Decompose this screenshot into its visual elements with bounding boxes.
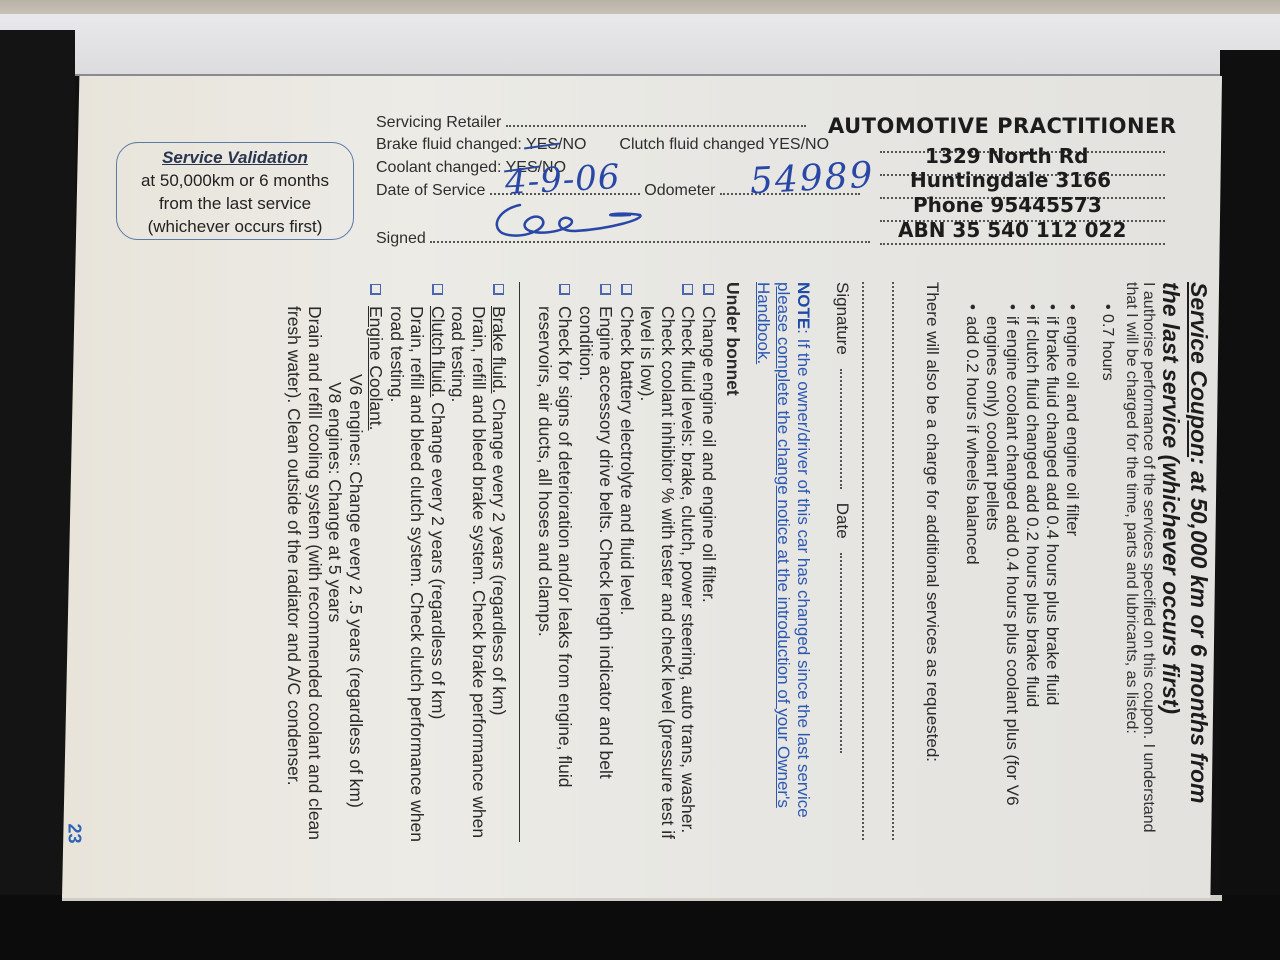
charges-list: engine oil and engine oil filter if brak… — [963, 304, 1083, 842]
under-bonnet-heading: Under bonnet — [723, 282, 744, 842]
brake-fluid-detail: Drain, refill and bleed brake system. Ch… — [448, 306, 489, 842]
additional-services-field[interactable] — [892, 282, 914, 840]
date-field[interactable] — [840, 553, 852, 753]
booklet-cover-bottom — [0, 895, 1280, 960]
brake-fluid-no-option[interactable]: /NO — [558, 136, 586, 153]
checklist-item-text: Check fluid levels: brake, clutch, power… — [638, 306, 699, 839]
clutch-fluid-label[interactable]: Clutch fluid changed YES/NO — [619, 136, 829, 153]
checklist-item-clutch-fluid: Clutch fluid. Change every 2 years (rega… — [387, 282, 449, 842]
additional-services-field[interactable] — [862, 282, 884, 840]
brake-fluid-row: Brake fluid changed: YES/NO Clutch fluid… — [376, 136, 829, 154]
under-bonnet-checklist: Change engine oil and engine oil filter.… — [535, 282, 720, 842]
checkbox[interactable] — [371, 284, 382, 295]
brake-fluid-interval: Change every 2 years (regardless of km) — [490, 394, 510, 716]
coolant-detail: Drain and refill cooling system (with re… — [284, 306, 325, 842]
signed-label: Signed — [376, 230, 426, 247]
checklist-item: Check for signs of deterioration and/or … — [535, 282, 576, 842]
checkbox[interactable] — [432, 284, 443, 295]
checklist-item-text: Check for signs of deterioration and/or … — [535, 306, 576, 788]
retailer-stamp-phone: Phone 95445573 — [913, 193, 1102, 217]
note-underlined-text: please complete the change notice at the… — [755, 282, 794, 808]
charge-item: if brake fluid changed add 0.4 hours plu… — [1043, 304, 1063, 842]
checklist-item: Engine accessory drive belts. Check leng… — [576, 282, 617, 842]
checkbox[interactable] — [683, 284, 694, 295]
date-of-service-label: Date of Service — [376, 182, 485, 199]
owner-change-note: NOTE: If the owner/driver of this car ha… — [754, 282, 814, 842]
signature-label: Signature — [832, 282, 853, 355]
note-label: NOTE — [795, 282, 814, 329]
checklist-item-text: Check battery electrolyte and fluid leve… — [617, 306, 637, 615]
periodic-checklist: Brake fluid. Change every 2 years (regar… — [284, 282, 510, 842]
servicing-retailer-field[interactable] — [506, 115, 806, 127]
validation-title: Service Validation — [117, 146, 353, 169]
checklist-item: Change engine oil and engine oil filter. — [699, 282, 720, 842]
additional-services-text: There will also be a charge for addition… — [922, 282, 943, 842]
servicing-retailer-label: Servicing Retailer — [376, 114, 501, 131]
labour-hours: • 0.7 hours — [1097, 304, 1118, 842]
engine-coolant-heading: Engine Coolant. — [367, 306, 387, 431]
note-text: : If the owner/driver of this car has ch… — [795, 329, 814, 818]
page-number: 23 — [64, 823, 85, 843]
signature-field[interactable] — [840, 369, 852, 489]
checkbox[interactable] — [601, 284, 612, 295]
checklist-item-text: Change engine oil and engine oil filter. — [699, 306, 719, 603]
page-edge-line — [70, 74, 1270, 76]
checkbox[interactable] — [560, 284, 571, 295]
clutch-fluid-interval: Change every 2 years (regardless of km) — [428, 397, 448, 719]
signature-row: Signature Date — [832, 282, 853, 842]
checkbox[interactable] — [703, 284, 714, 295]
checkbox[interactable] — [494, 284, 505, 295]
service-coupon-body: Service Coupon: at 50,000 km or 6 months… — [113, 282, 1213, 842]
brake-fluid-heading: Brake fluid. — [490, 306, 510, 394]
charge-item: add 0.2 hours if wheels balanced — [963, 304, 983, 842]
dotted-line — [880, 243, 1165, 245]
clutch-fluid-detail: Drain, refill and bleed clutch system. C… — [387, 306, 428, 842]
booklet-cover-right — [1220, 50, 1280, 960]
servicing-retailer-row: Servicing Retailer — [376, 114, 806, 132]
service-validation-box: Service Validation at 50,000km or 6 mont… — [116, 142, 354, 240]
checkbox[interactable] — [621, 284, 632, 295]
checklist-item-engine-coolant: Engine Coolant. V6 engines: Change every… — [284, 282, 387, 842]
retailer-stamp-abn: ABN 35 540 112 022 — [898, 218, 1126, 242]
checklist-item-brake-fluid: Brake fluid. Change every 2 years (regar… — [448, 282, 510, 842]
checklist-item: Check battery electrolyte and fluid leve… — [617, 282, 638, 842]
retailer-stamp-address: 1329 North Rd — [925, 144, 1088, 168]
retailer-stamp-name: AUTOMOTIVE PRACTITIONER — [828, 114, 1177, 138]
checklist-item-text: Engine accessory drive belts. Check leng… — [576, 306, 617, 779]
coupon-title: Service Coupon: at 50,000 km or 6 months… — [1157, 282, 1213, 842]
brake-fluid-label: Brake fluid changed: — [376, 136, 522, 153]
v6-interval: V6 engines: Change every 2 .5 years (reg… — [346, 306, 367, 842]
charge-item: if engine coolant changed add 0.4 hours … — [983, 304, 1023, 842]
coupon-title-underlined: Service Coupon — [1186, 282, 1212, 457]
handwritten-signature — [480, 195, 680, 243]
authorisation-text: I authorise performance of the services … — [1123, 282, 1157, 842]
charge-item: engine oil and engine oil filter — [1063, 304, 1083, 842]
validation-line: (whichever occurs first) — [117, 215, 353, 238]
charge-item: if clutch fluid changed add 0.2 hours pl… — [1023, 304, 1043, 842]
coolant-label: Coolant changed: — [376, 159, 501, 176]
validation-line: from the last service — [117, 192, 353, 215]
validation-line: at 50,000km or 6 months — [117, 169, 353, 192]
clutch-fluid-heading: Clutch fluid. — [428, 306, 448, 397]
previous-page-edge — [0, 14, 1280, 76]
checklist-item: Check fluid levels: brake, clutch, power… — [637, 282, 699, 842]
brake-fluid-yes-option[interactable]: YES — [526, 136, 558, 153]
handwritten-odometer: 54989 — [749, 155, 876, 202]
date-label: Date — [832, 503, 853, 539]
retailer-stamp-suburb: Huntingdale 3166 — [910, 168, 1111, 192]
v8-interval: V8 engines: Change at 5 years — [325, 306, 346, 842]
section-divider — [520, 282, 521, 842]
